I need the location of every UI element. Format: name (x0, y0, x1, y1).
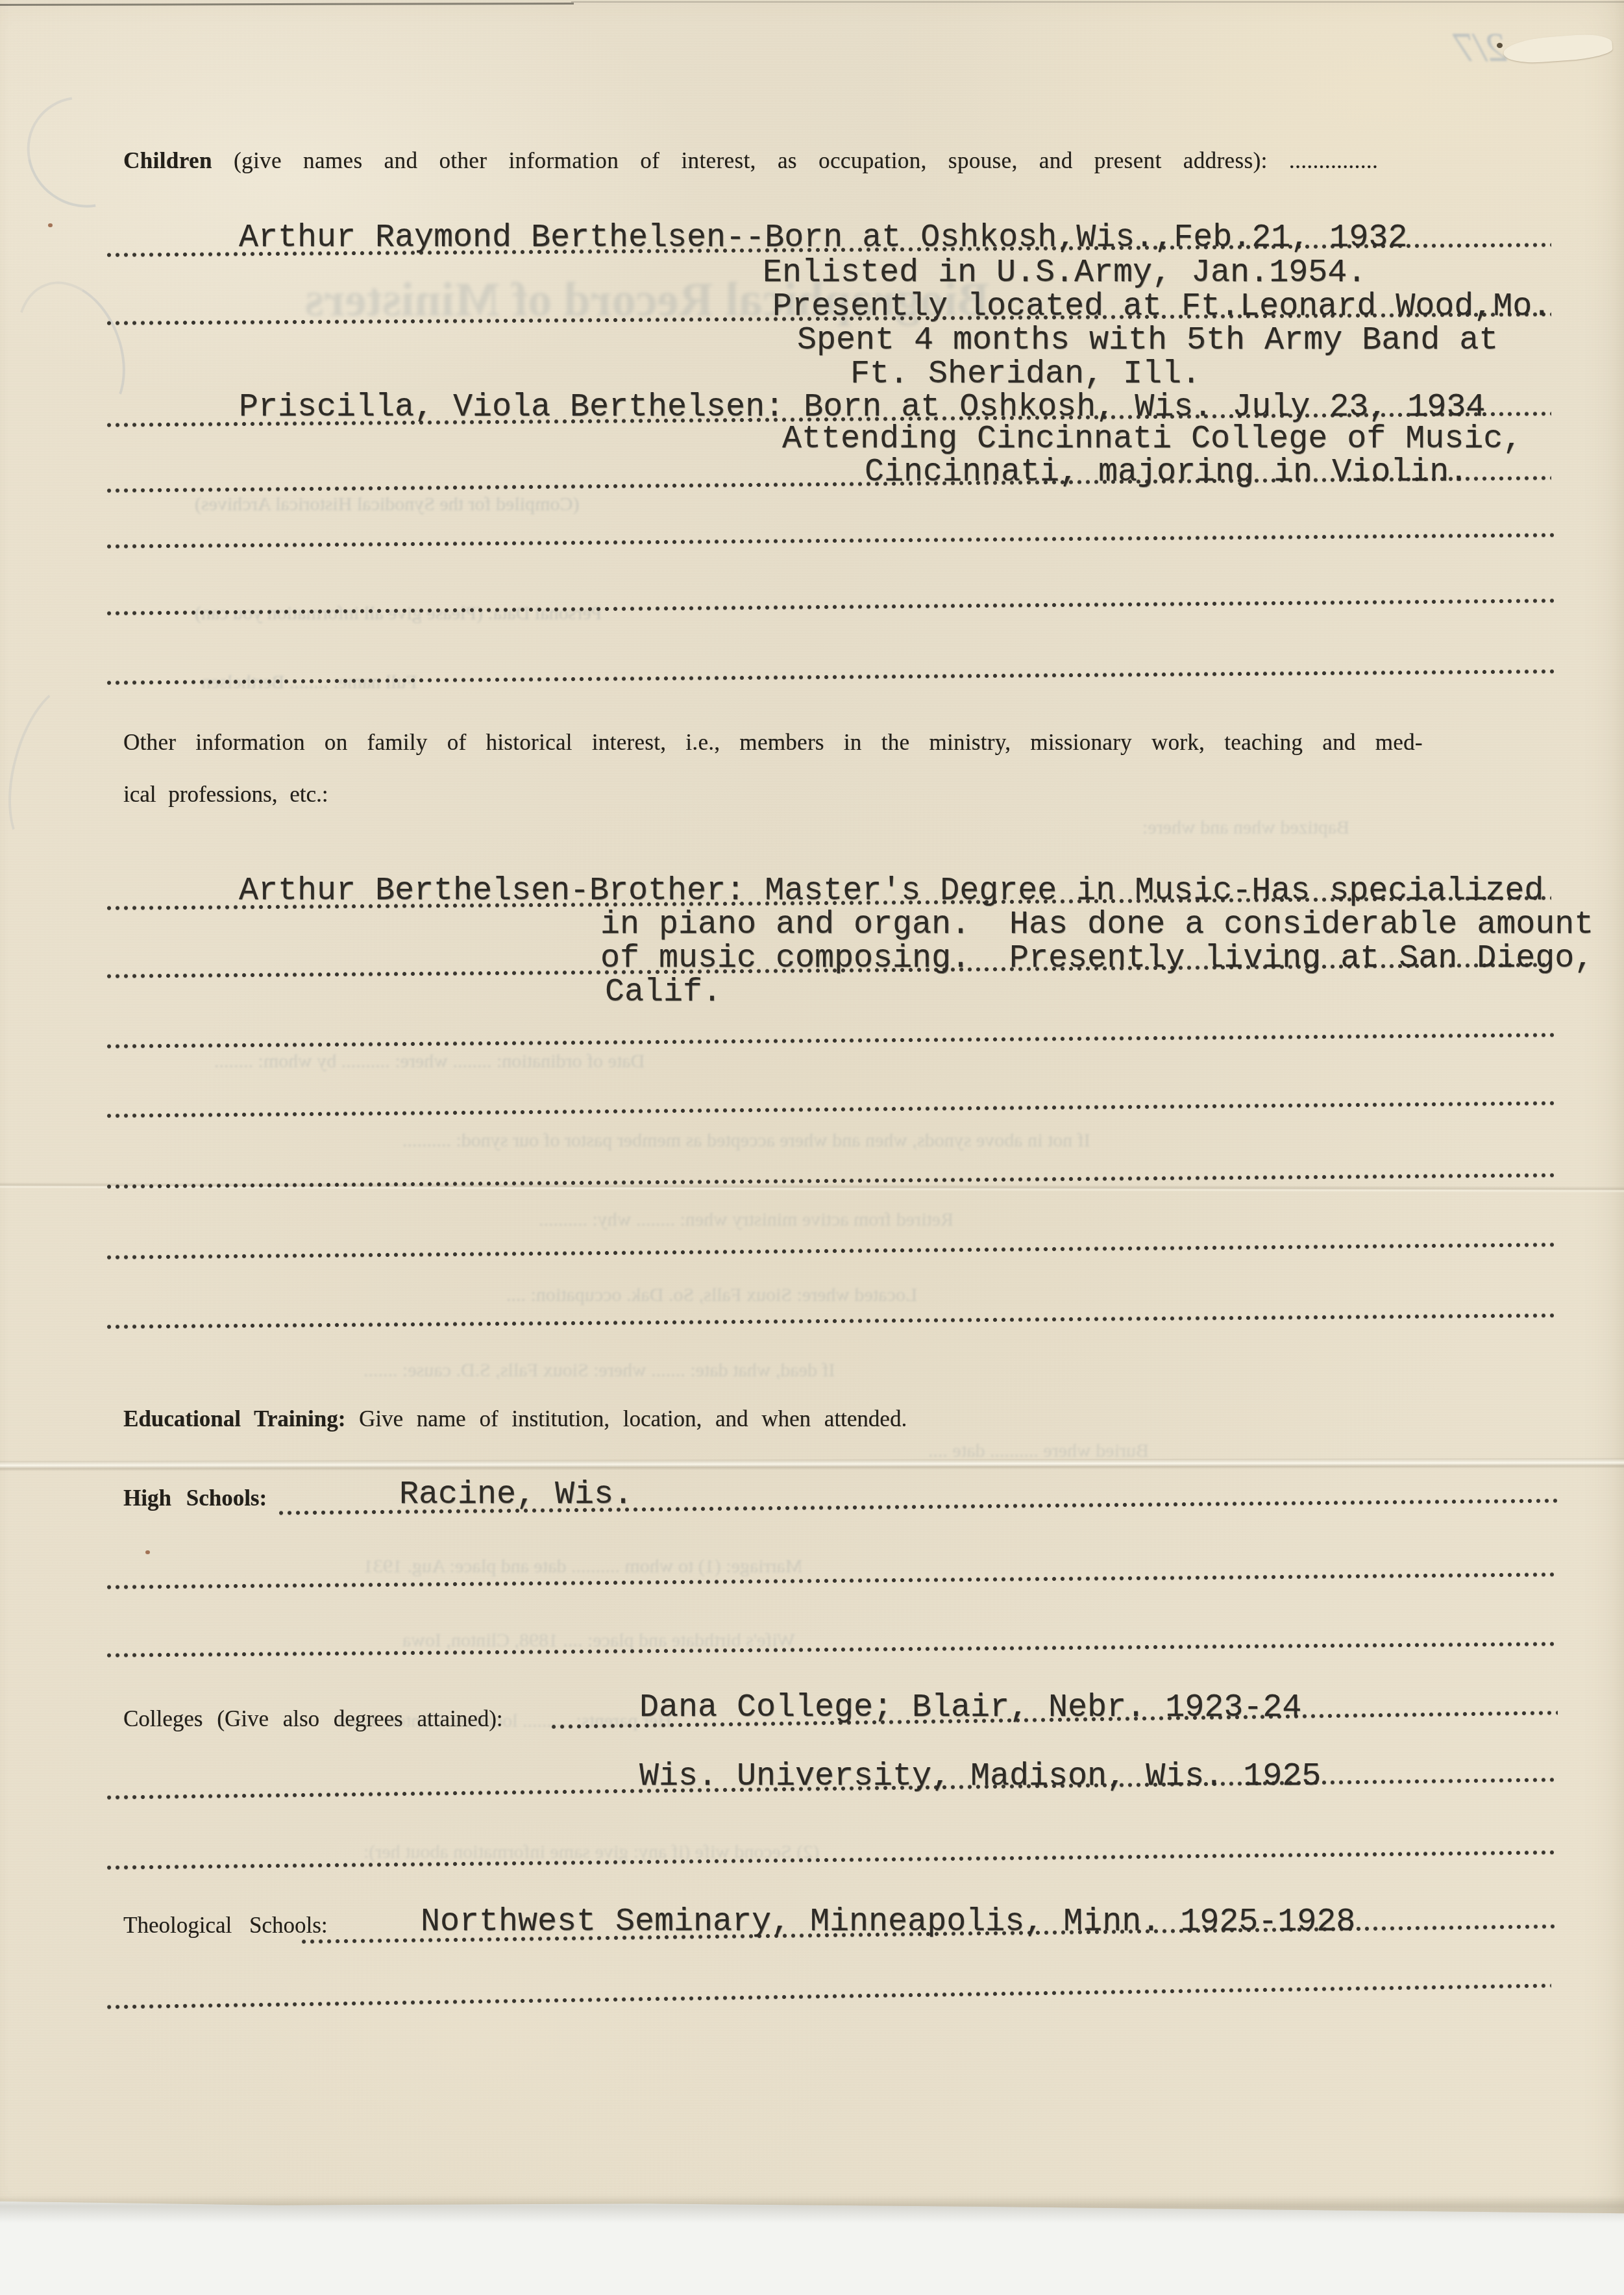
theological-label: Theological Schools: (123, 1913, 327, 1939)
child2-detail-line: Attending Cincinnati College of Music, (782, 423, 1522, 456)
colleges-label: Colleges (Give also degrees attained): (123, 1706, 503, 1732)
bleedthrough-if-dead: If dead, what date: ....... where: Sioux… (363, 1359, 835, 1382)
bleedthrough-compiled: (Compiled for the Synodical Historical A… (195, 493, 579, 515)
dotted-rule-empty (107, 1243, 1555, 1259)
dotted-rule-empty (107, 1983, 1551, 2009)
child1-detail-line: Enlisted in U.S.Army, Jan.1954. (763, 257, 1366, 290)
bleedthrough-baptized: Baptized when and where: (1142, 817, 1349, 839)
colleges-value-2: Wis. University, Madison, Wis. 1925 (639, 1761, 1321, 1793)
other-info-heading-line1: Other information on family of historica… (123, 730, 1423, 756)
dotted-rule-empty (107, 1101, 1555, 1117)
child1-detail-line: Ft. Sheridan, Ill. (850, 358, 1201, 391)
colleges-value-1: Dana College; Blair, Nebr. 1923-24 (639, 1692, 1301, 1724)
fold-crease (0, 1458, 1624, 1471)
scan-top-edge-line (0, 3, 574, 6)
bleedthrough-located: Located where: Sioux Falls, So. Dak. occ… (506, 1284, 917, 1306)
education-heading-text: Give name of institution, location, and … (359, 1406, 907, 1432)
brother-line: in piano and organ. Has done a considera… (600, 909, 1593, 941)
education-heading: Educational Training: Give name of insti… (123, 1406, 907, 1432)
bleedthrough-page-number: 2/7 (1454, 23, 1507, 71)
children-heading-text: (give names and other information of int… (234, 148, 1378, 173)
paper-tear-chip (1503, 32, 1613, 65)
child1-name-line: Arthur Raymond Berthelsen--Born at Oshko… (239, 222, 1407, 254)
other-info-heading-line2: ical professions, etc.: (123, 782, 328, 808)
brother-line: of music composing. Presently living at … (600, 943, 1593, 975)
bleedthrough-ordination: Date of ordination: ........ where: ....… (214, 1050, 645, 1073)
high-schools-value: Racine, Wis. (399, 1479, 633, 1511)
dotted-rule-empty (107, 1850, 1555, 1869)
paper-bottom-edge-shadow (0, 2196, 1624, 2223)
scanned-document-page: { "children": { "heading_bold": "Childre… (0, 0, 1624, 2295)
bleedthrough-retired: Retired from active ministry when: .....… (539, 1209, 953, 1231)
pencil-scribble (0, 266, 144, 440)
dotted-rule-empty (107, 533, 1555, 549)
child1-detail-line: Presently located at Ft.Leonard Wood,Mo. (772, 291, 1551, 323)
pencil-scribble (0, 674, 117, 863)
bleedthrough-marriage: Marriage: (1) to whom .......... date an… (363, 1556, 803, 1578)
bleedthrough-synods: If not in above synods, when and where a… (402, 1130, 1090, 1152)
theological-value: Northwest Seminary, Minneapolis, Minn. 1… (421, 1906, 1355, 1939)
dotted-rule-empty (107, 1033, 1555, 1048)
high-schools-label: High Schools: (123, 1485, 267, 1511)
child2-name-line: Priscilla, Viola Berthelsen: Born at Osh… (239, 391, 1485, 424)
brother-line: Calif. (605, 976, 722, 1009)
education-heading-label: Educational Training: (123, 1406, 345, 1432)
paper-sheet: 2/7 Biographical Record of Ministers (Co… (0, 0, 1624, 2215)
children-heading-label: Children (123, 148, 212, 173)
children-heading: Children (give names and other informati… (123, 148, 1378, 174)
paper-speck (145, 1550, 150, 1554)
dotted-rule-empty (107, 1642, 1555, 1657)
dotted-rule-empty (107, 1313, 1555, 1329)
brother-line: Arthur Berthelsen-Brother: Master's Degr… (239, 875, 1544, 908)
child2-detail-line: Cincinnati, majoring in Violin. (865, 456, 1468, 489)
paper-speck (48, 223, 53, 227)
scan-top-edge-line-right (571, 1, 1624, 3)
dotted-rule-empty (107, 1572, 1555, 1589)
child1-detail-line: Spent 4 months with 5th Army Band at (797, 325, 1498, 357)
